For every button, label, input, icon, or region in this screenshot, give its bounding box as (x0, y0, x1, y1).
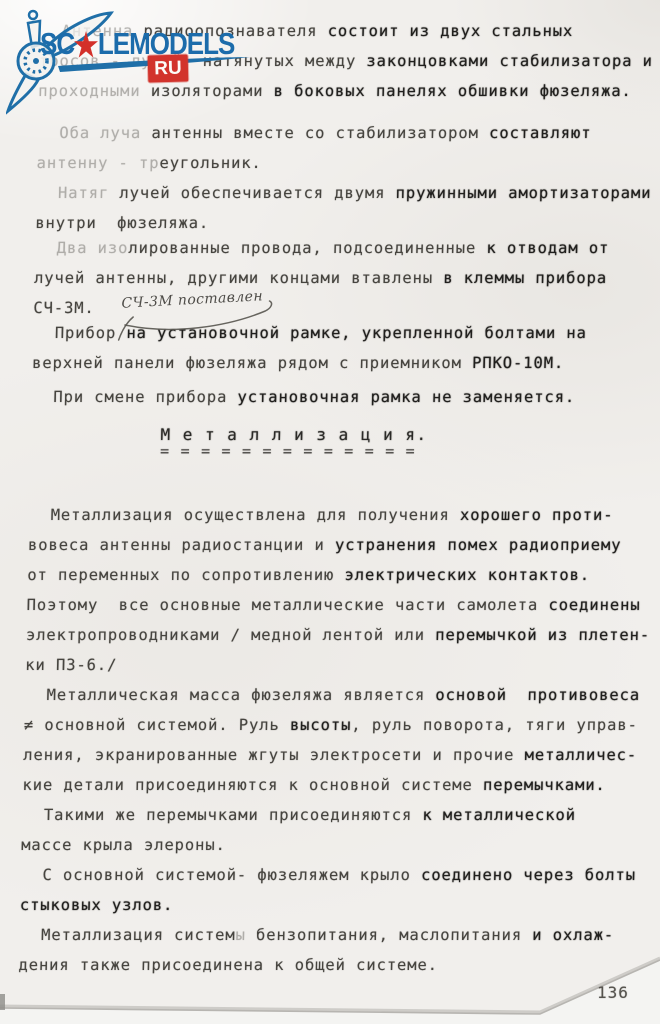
text-line: Оба луча антенны вместе со стабилизаторо… (37, 118, 650, 148)
text-segment: внутри фюзеляжа. (35, 214, 209, 232)
text-segment: перемычкой из плетен- (435, 626, 650, 644)
text-line: электропроводниками / медной лентой или … (26, 620, 639, 650)
paragraph: Такими же перемычками присоединяются к м… (21, 800, 634, 860)
text-segment: ≠ основной системой. Руль (24, 716, 290, 734)
text-segment: При смене прибора (53, 388, 238, 406)
paragraph: Металлическая масса фюзеляжа является ос… (22, 680, 637, 800)
text-segment: антенну - тр (36, 154, 159, 172)
text-line: ≠ основной системой. Руль высоты, руль п… (24, 710, 637, 740)
text-segment: Металлическая масса фюзеляжа является (46, 686, 435, 704)
text-line: При смене прибора установочная рамка не … (31, 382, 644, 412)
text-segment: высоты (290, 716, 352, 734)
text-segment: устранения помех радиоприему (335, 536, 622, 554)
paragraph: Оба луча антенны вместе со стабилизаторо… (36, 118, 649, 178)
text-segment: стыковых узлов. (20, 896, 174, 914)
text-line: кие детали присоединяются к основной сис… (22, 770, 635, 800)
text-segment: кие детали присоединяются к основной сис… (22, 776, 483, 794)
text-segment: электрических контактов. (344, 566, 590, 584)
text-segment: лучей антенны, другими концами втавлены (34, 269, 444, 287)
scalemodels-watermark: SC★LEMODELS RU (6, 6, 258, 118)
paragraph: Натяг лучей обеспечивается двумя пружинн… (35, 178, 648, 238)
text-segment: законцовками стабилизатора и (366, 52, 653, 70)
scanned-page: Антенна радиоопознавателя состоит из дву… (0, 0, 660, 1024)
text-segment: еугольник. (159, 154, 262, 172)
heading-underline: = = = = = = = = = = = = = (160, 446, 642, 462)
paragraph: С основной системой- фюзеляжем крыло сое… (19, 860, 632, 920)
text-segment: , руль поворота, тяги управ- (351, 716, 638, 734)
watermark-ru-badge: RU (148, 54, 189, 82)
text-segment: Натяг (58, 184, 110, 202)
text-segment: Поэтому все основные металлические части… (26, 596, 548, 614)
page-bottom-edge (0, 944, 660, 1024)
text-segment: соединены (548, 596, 641, 614)
text-segment: Два изо (57, 239, 129, 257)
text-segment: ы (235, 926, 246, 944)
text-line: Поэтому все основные металлические части… (26, 590, 639, 620)
text-segment: Такими же перемычками присоединяются (44, 806, 423, 824)
text-segment: установочная рамка не заменяется. (237, 388, 575, 406)
brand-prefix: SC (40, 25, 74, 60)
text-segment: вовеса антенны радиостанции и (28, 536, 335, 554)
edge-mark (0, 994, 5, 1010)
text-segment: Металлизация систем (41, 926, 236, 944)
text-line: Два изолированные провода, подсоединенны… (34, 233, 647, 263)
text-line: антенну - треугольник. (36, 148, 649, 178)
text-segment: ления, экранированные жгуты электросети … (23, 746, 525, 764)
text-segment: лучей обеспечивается двумя (109, 184, 396, 202)
page-number: 136 (597, 983, 629, 1002)
text-segment: хорошего проти- (460, 506, 614, 524)
text-line: стыковых узлов. (19, 890, 632, 920)
text-segment: пружинными амортизаторами (395, 184, 651, 202)
text-line: массе крыла элероны. (21, 830, 634, 860)
text-line: верхней панели фюзеляжа рядом с приемник… (32, 348, 645, 378)
text-segment: основой противовеса (435, 686, 640, 704)
text-segment: бензопитания, маслопитания (246, 926, 533, 944)
text-section-metallization: Металлизация осуществлена для получения … (18, 462, 642, 980)
text-segment: в клеммы прибора (443, 269, 607, 287)
watermark-brand-text: SC★LEMODELS (40, 21, 234, 63)
text-segment: лированные провода, подсоединенные (128, 239, 487, 257)
handwritten-flourish-icon (97, 298, 298, 344)
text-segment: Оба луча (59, 124, 141, 142)
star-icon: ★ (72, 24, 100, 66)
text-line: Металлизация осуществлена для получения … (28, 500, 641, 530)
text-segment: РПКО-10М. (472, 354, 565, 372)
text-segment: и охлаж- (532, 926, 614, 944)
text-line: вовеса антенны радиостанции и устранения… (28, 530, 641, 560)
text-line: С основной системой- фюзеляжем крыло сое… (20, 860, 633, 890)
text-segment: соединено через болты (421, 866, 636, 884)
text-segment: к отводам от (486, 239, 609, 257)
text-segment: в боковых панелях обшивки фюзеляжа. (273, 82, 632, 100)
text-segment: от переменных по сопротивлению (27, 566, 345, 584)
text-segment: электропроводниками / медной лентой или (26, 626, 436, 644)
text-segment: антенны вместе со стабилизатором (141, 124, 489, 142)
text-line: ления, экранированные жгуты электросети … (23, 740, 636, 770)
text-line: от переменных по сопротивлению электриче… (27, 560, 640, 590)
text-segment: верхней панели фюзеляжа рядом с приемник… (32, 354, 472, 372)
text-segment: ки ПЗ-6./ (25, 656, 118, 674)
paragraph: При смене прибора установочная рамка не … (31, 382, 644, 412)
text-line: Такими же перемычками присоединяются к м… (22, 800, 635, 830)
text-segment: к металлической (422, 806, 576, 824)
text-segment: металличес- (524, 746, 637, 764)
text-line: Натяг лучей обеспечивается двумя пружинн… (36, 178, 649, 208)
text-segment: СЧ-ЗМ. (33, 299, 95, 317)
document-text: Антенна радиоопознавателя состоит из дву… (18, 16, 652, 980)
text-line: ки ПЗ-6./ (25, 650, 638, 680)
text-segment: перемычками. (483, 776, 606, 794)
text-line: Металлическая масса фюзеляжа является ос… (24, 680, 637, 710)
paragraph: Металлизация осуществлена для получения … (25, 500, 641, 680)
text-segment: составляют (489, 124, 592, 142)
text-segment: С основной системой- фюзеляжем крыло (42, 866, 421, 884)
text-segment: массе крыла элероны. (21, 836, 226, 854)
text-segment: состоит из двух стальных (327, 22, 573, 40)
text-segment: Металлизация осуществлена для получения (50, 506, 460, 524)
text-line: лучей антенны, другими концами втавлены … (34, 263, 647, 293)
